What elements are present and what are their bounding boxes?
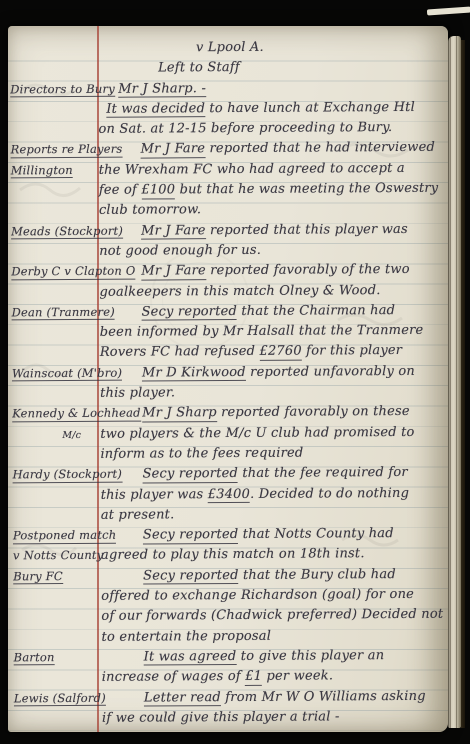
ledger-row: offered to exchange Richardson (goal) fo… [9,587,461,610]
ledger-row: Rovers FC had refused £2760 for this pla… [8,343,460,366]
entry-text-line: Secy reported that the fee required for [98,465,460,482]
ledger-row: this player was £3400. Decided to do not… [9,485,461,508]
text: that Notts County had [238,526,393,542]
ledger-row: on Sat. at 12-15 before proceeding to Bu… [6,120,458,143]
text: inform as to the fees required [100,446,303,462]
margin-spacer [6,72,96,73]
entry-text-line: the Wrexham FC who had agreed to accept … [97,160,459,177]
entry-text-line: this player. [98,384,460,401]
entry-text-line: been informed by Mr Halsall that the Tra… [98,323,460,340]
ledger-row: club tomorrow. [7,201,459,224]
ledger-row: Derby C v Clapton OMr J Fare reported fa… [7,262,459,285]
margin-spacer [7,255,97,256]
text: agreed to play this match on 18th inst. [101,547,365,564]
margin-spacer [9,498,99,499]
underlined-text: Bury FC [13,569,63,585]
entry-text-line: Mr D Kirkwood reported unfavorably on [98,363,460,380]
entry-text-line: v Lpool A. [96,39,458,56]
entry-text-line: fee of £100 but that he was meeting the … [97,181,459,198]
entry-text-line: if we could give this player a trial - [100,708,462,725]
margin-note: Bury FC [9,569,99,584]
underlined-text: Mr J Sharp [142,405,217,422]
text: offered to exchange Richardson (goal) fo… [101,587,414,604]
ledger-row: at present. [9,505,461,528]
ledger-row: this player. [8,384,460,407]
underlined-text: Secy reported [142,304,238,321]
text: reported unfavorably on [246,364,415,380]
text: . Decided to do nothing [250,485,409,501]
entry-text-line: Mr J Fare reported favorably of the two [97,262,459,279]
entry-text-line: Rovers FC had refused £2760 for this pla… [98,343,460,360]
underlined-text: Lewis (Salford) [14,690,106,706]
ledger-row: v Notts Countyagreed to play this match … [9,546,461,569]
underlined-text: Mr J Fare [141,142,206,159]
text: this player. [100,385,175,400]
ledger-row: BartonIt was agreed to give this player … [10,648,462,671]
margin-note: Hardy (Stockport) [9,467,99,482]
margin-note: Derby C v Clapton O [7,264,97,279]
underlined-text: It was agreed [144,649,237,666]
underlined-text: Mr J Sharp. - [118,81,206,98]
text: of our forwards (Chadwick preferred) Dec… [101,607,443,624]
ledger-row: Postponed matchSecy reported that Notts … [9,526,461,549]
text: goalkeepers in this match Olney & Wood. [99,283,380,300]
margin-spacer [8,458,98,459]
margin-note: Lewis (Salford) [10,690,100,705]
entry-text-line: It was agreed to give this player an [100,648,462,665]
margin-note: Dean (Tranmere) [8,305,98,320]
underlined-text: Millington [11,163,73,179]
underlined-text: £3400 [208,486,250,503]
margin-note: Barton [10,650,100,665]
entry-text-line: It was decided to have lunch at Exchange… [96,100,458,117]
text: to give this player an [236,648,384,664]
margin-spacer [9,519,99,520]
underlined-text: Mr J Fare [141,263,206,280]
entry-text-line: two players & the M/c U club had promise… [98,424,460,441]
margin-note: v Notts County [9,548,99,563]
margin-spacer [8,397,98,398]
text: from Mr W O Williams asking [221,688,426,704]
text: on Sat. at 12-15 before proceeding to Bu… [98,120,392,137]
entry-text-line: inform as to the fees required [98,445,460,462]
margin-note: Millington [7,163,97,178]
entry-text-line: not good enough for us. [97,242,459,259]
minute-entries: v Lpool A.Left to StaffDirectors to Bury… [6,39,462,732]
entry-text-line: Mr J Fare reported that he had interview… [97,140,459,157]
ledger-row: to entertain the proposal [9,627,461,650]
entry-text-line: Secy reported that the Chairman had [98,302,460,319]
underlined-text: Barton [14,650,55,666]
text: that the fee required for [238,465,408,481]
underlined-text: Letter read [144,690,221,707]
ledger-row: been informed by Mr Halsall that the Tra… [8,323,460,346]
entry-text-line: agreed to play this match on 18th inst. [99,546,461,563]
text: v Lpool A. [196,40,264,55]
entry-text-line: of our forwards (Chadwick preferred) Dec… [99,607,461,624]
text: two players & the M/c U club had promise… [100,425,414,442]
text: club tomorrow. [99,203,201,219]
margin-spacer [7,295,97,296]
next-page-corner [427,6,470,15]
entry-text-line: Letter read from Mr W O Williams asking [100,688,462,705]
text: fee of [99,183,142,198]
margin-note: Postponed match [9,528,99,543]
text: M/c [62,430,81,441]
underlined-text: It was decided [106,101,205,118]
underlined-text: Mr J Fare [141,223,206,240]
text: reported favorably of the two [206,262,410,278]
text: increase of wages of [102,669,245,685]
underlined-text: Mr D Kirkwood [142,365,246,382]
text: per week. [262,669,333,684]
photo-of-minute-book: { "document": { "kind": "handwritten-min… [0,0,470,744]
ledger-row: not good enough for us. [7,242,459,265]
underlined-text: Secy reported [143,568,239,585]
ledger-row: Millingtonthe Wrexham FC who had agreed … [7,160,459,183]
margin-note: Meads (Stockport) [7,224,97,239]
text: not good enough for us. [99,243,261,259]
ledger-row: of our forwards (Chadwick preferred) Dec… [9,607,461,630]
underlined-text: Secy reported [143,527,239,544]
text: Left to Staff [158,60,240,75]
margin-spacer [9,600,99,601]
ledger-row: if we could give this player a trial - [10,708,462,731]
entry-text-line: club tomorrow. [97,201,459,218]
entry-text-line: Secy reported that Notts County had [99,526,461,543]
ledger-row: Hardy (Stockport)Secy reported that the … [9,465,461,488]
underlined-text: £1 [245,669,262,686]
margin-spacer [10,681,100,682]
margin-note: M/c [8,429,98,441]
text: to entertain the proposal [101,628,271,644]
underlined-text: £2760 [259,344,301,361]
text: this player was [101,487,208,503]
ledger-row: goalkeepers in this match Olney & Wood. [7,282,459,305]
ledger-row: Lewis (Salford)Letter read from Mr W O W… [10,688,462,711]
entry-text-line: Mr J Fare reported that this player was [97,221,459,238]
text: for this player [302,343,402,359]
margin-spacer [8,336,98,337]
text: reported that this player was [206,222,408,238]
entry-text-line: goalkeepers in this match Olney & Wood. [97,282,459,299]
underlined-text: Secy reported [142,466,238,483]
ledger-row: increase of wages of £1 per week. [10,668,462,691]
text: Rovers FC had refused [100,344,260,360]
ledger-row: Directors to BuryMr J Sharp. - [6,79,458,102]
text: reported favorably on these [217,404,410,420]
ledger-row: Dean (Tranmere)Secy reported that the Ch… [8,302,460,325]
entry-text-line: Mr J Sharp. - [96,79,458,96]
text: to have lunch at Exchange Htl [205,100,415,116]
entry-text-line: Left to Staff [96,59,458,76]
ledger-row: Left to Staff [6,59,458,82]
margin-spacer [9,620,99,621]
text: that the Bury club had [239,567,396,583]
margin-note: Directors to Bury [6,81,96,96]
book-cover-edge [461,40,465,728]
entry-text-line: Mr J Sharp reported favorably on these [98,404,460,421]
ledger-row: Reports re PlayersMr J Fare reported tha… [7,140,459,163]
ledger-row: inform as to the fees required [8,445,460,468]
text: reported that he had interviewed [205,140,435,156]
margin-note: Reports re Players [7,142,97,157]
entry-text-line: Secy reported that the Bury club had [99,566,461,583]
text: that the Chairman had [237,303,395,319]
margin-note: Wainscoat (M'bro) [8,366,98,381]
margin-spacer [6,113,96,114]
ledger-row: M/ctwo players & the M/c U club had prom… [8,424,460,447]
entry-text-line: to entertain the proposal [99,627,461,644]
entry-text-line: on Sat. at 12-15 before proceeding to Bu… [96,120,458,137]
text: the Wrexham FC who had agreed to accept … [99,161,405,178]
margin-spacer [6,133,96,134]
margin-spacer [7,194,97,195]
margin-spacer [10,640,100,641]
entry-text-line: increase of wages of £1 per week. [100,668,462,685]
margin-note: Kennedy & Lochhead [8,406,98,421]
margin-spacer [8,356,98,357]
text: but that he was meeting the Oswestry [175,181,438,198]
margin-spacer [6,52,96,53]
ledger-row: v Lpool A. [6,39,458,62]
ledger-row: Wainscoat (M'bro)Mr D Kirkwood reported … [8,363,460,386]
margin-spacer [10,722,100,723]
text: at present. [101,507,175,522]
entry-text-line: this player was £3400. Decided to do not… [99,485,461,502]
text: been informed by Mr Halsall that the Tra… [100,323,424,340]
ledger-row: Kennedy & LochheadMr J Sharp reported fa… [8,404,460,427]
margin-spacer [7,214,97,215]
entry-text-line: at present. [99,505,461,522]
ledger-row: fee of £100 but that he was meeting the … [7,181,459,204]
entry-text-line: offered to exchange Richardson (goal) fo… [99,587,461,604]
text: v Notts County [13,548,103,563]
text: if we could give this player a trial - [102,709,340,725]
ledger-row: Meads (Stockport)Mr J Fare reported that… [7,221,459,244]
underlined-text: £100 [141,182,175,199]
ledger-row: Bury FCSecy reported that the Bury club … [9,566,461,589]
ledger-row: It was decided to have lunch at Exchange… [6,100,458,123]
